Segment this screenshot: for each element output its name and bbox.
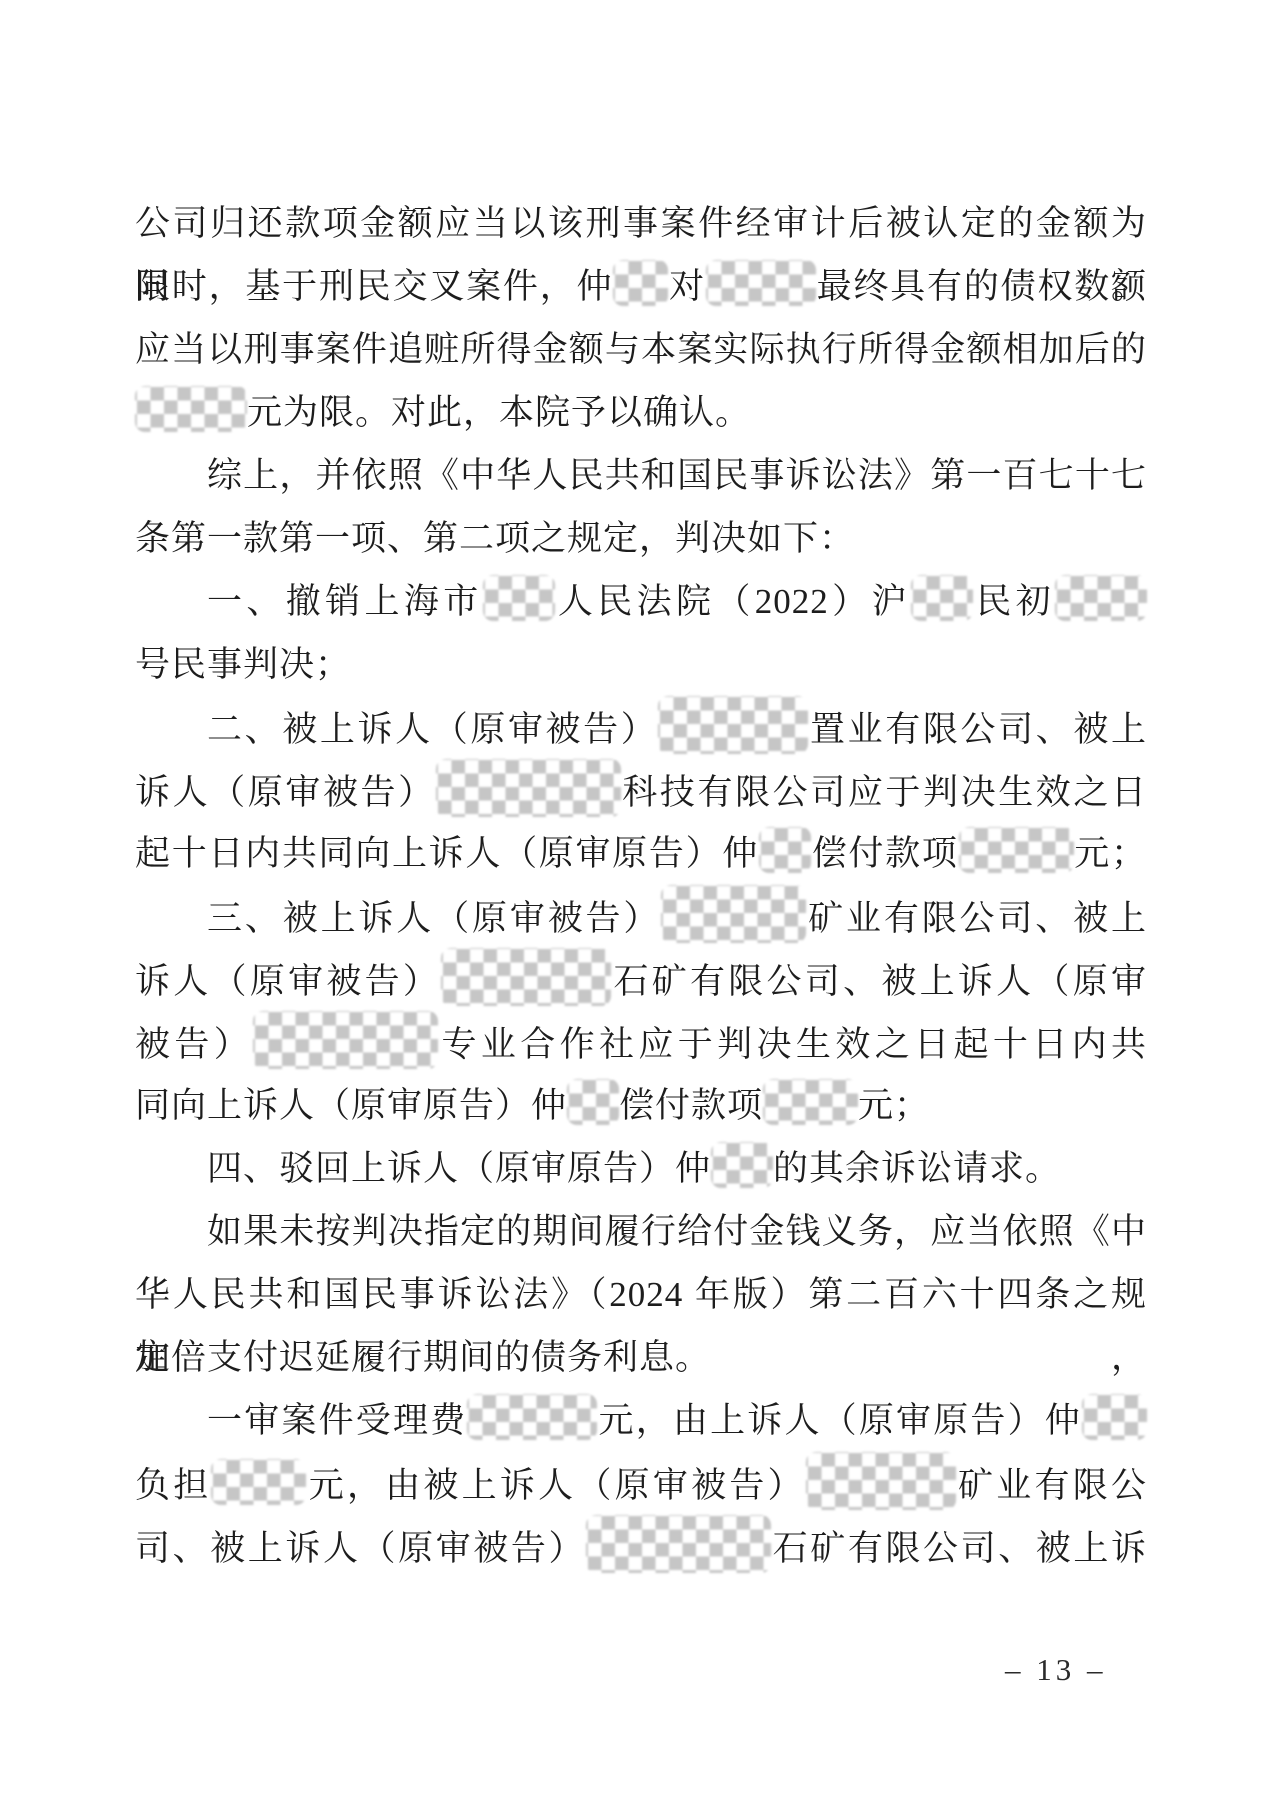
text-line: 条第一款第一项、第二项之规定，判决如下： — [135, 507, 1147, 570]
text-run: 如果未按判决指定的期间履行给付金钱义务，应当依照《中 — [207, 1212, 1147, 1251]
text-line: 一审案件受理费元，由上诉人（原审原告）仲 — [135, 1389, 1147, 1452]
text-line: 元为限。对此，本院予以确认。 — [135, 381, 1147, 444]
text-line: 同向上诉人（原审原告）仲偿付款项元； — [135, 1074, 1147, 1137]
judgment-scan-page: 公司归还款项金额应当以该刑事案件经审计后被认定的金额为限。同时，基于刑民交叉案件… — [0, 0, 1280, 1810]
redaction-patch — [483, 575, 555, 621]
text-run: 应当以刑事案件追赃所得金额与本案实际执行所得金额相加后的 — [135, 330, 1147, 369]
text-run: 起十日内共同向上诉人（原审原告）仲 — [135, 834, 759, 873]
text-line: 起十日内共同向上诉人（原审原告）仲偿付款项元； — [135, 822, 1147, 885]
text-run: 矿业有限公 — [956, 1466, 1147, 1505]
text-run: 石矿有限公司、被上诉人（原审 — [611, 962, 1147, 1001]
text-run: 一、撤销上海市 — [207, 582, 483, 621]
text-line: 一、撤销上海市人民法院（2022）沪民初 — [135, 570, 1147, 633]
redaction-patch — [135, 386, 247, 432]
text-run: 号民事判决； — [135, 645, 351, 684]
page-number: – 13 – — [1005, 1652, 1107, 1688]
text-line: 三、被上诉人（原审被告）矿业有限公司、被上 — [135, 885, 1147, 948]
redaction-patch — [763, 1079, 858, 1125]
text-run: 二、被上诉人（原审被告） — [207, 710, 658, 749]
text-line: 二、被上诉人（原审被告）置业有限公司、被上 — [135, 696, 1147, 759]
text-run: 诉人（原审被告） — [135, 962, 441, 1001]
text-line: 综上，并依照《中华人民共和国民事诉讼法》第一百七十七 — [135, 444, 1147, 507]
text-line: 司、被上诉人（原审被告）石矿有限公司、被上诉 — [135, 1515, 1147, 1578]
redaction-patch — [661, 885, 806, 943]
text-line: 负担元，由被上诉人（原审被告）矿业有限公 — [135, 1452, 1147, 1515]
redaction-patch — [1082, 1394, 1147, 1440]
text-run: 负担 — [135, 1466, 211, 1505]
text-run: 同向上诉人（原审原告）仲 — [135, 1086, 567, 1125]
text-run: 偿付款项 — [811, 834, 959, 873]
text-run: 最终具有的债权数额 — [816, 267, 1147, 306]
text-run: 石矿有限公司、被上诉 — [771, 1529, 1147, 1568]
text-run: 元为限。对此，本院予以确认。 — [247, 393, 751, 432]
redaction-patch — [567, 1079, 619, 1125]
redaction-patch — [1055, 575, 1147, 621]
text-run: 专业合作社应于判决生效之日起十日内共 — [438, 1025, 1147, 1064]
text-run: 加倍支付迟延履行期间的债务利息。 — [135, 1338, 711, 1377]
text-run: 一审案件受理费 — [207, 1401, 467, 1440]
text-run: 四、驳回上诉人（原审原告）仲 — [207, 1149, 711, 1188]
document-content: 公司归还款项金额应当以该刑事案件经审计后被认定的金额为限。同时，基于刑民交叉案件… — [135, 192, 1147, 1578]
text-run: 元； — [858, 1086, 930, 1125]
text-run: 元； — [1074, 834, 1147, 873]
text-line: 诉人（原审被告）科技有限公司应于判决生效之日 — [135, 759, 1147, 822]
text-line: 同时，基于刑民交叉案件，仲对最终具有的债权数额 — [135, 255, 1147, 318]
redaction-patch — [706, 260, 816, 306]
text-line: 被告）专业合作社应于判决生效之日起十日内共 — [135, 1011, 1147, 1074]
redaction-patch — [613, 260, 668, 306]
text-run: 偿付款项 — [619, 1086, 763, 1125]
redaction-patch — [436, 759, 621, 817]
text-line: 如果未按判决指定的期间履行给付金钱义务，应当依照《中 — [135, 1200, 1147, 1263]
text-line: 四、驳回上诉人（原审原告）仲的其余诉讼请求。 — [135, 1137, 1147, 1200]
redaction-patch — [911, 575, 973, 621]
text-run: 置业有限公司、被上 — [808, 710, 1147, 749]
redaction-patch — [467, 1394, 597, 1440]
text-run: 科技有限公司应于判决生效之日 — [621, 773, 1147, 812]
text-run: 条第一款第一项、第二项之规定，判决如下： — [135, 519, 855, 558]
redaction-patch — [586, 1515, 771, 1573]
text-run: 司、被上诉人（原审被告） — [135, 1529, 586, 1568]
redaction-patch — [211, 1459, 306, 1505]
text-line: 华人民共和国民事诉讼法》（2024 年版）第二百六十四条之规定， — [135, 1263, 1147, 1326]
text-run: 元，由上诉人（原审原告）仲 — [597, 1401, 1082, 1440]
text-line: 应当以刑事案件追赃所得金额与本案实际执行所得金额相加后的 — [135, 318, 1147, 381]
redaction-patch — [759, 827, 811, 873]
text-run: 被告） — [135, 1025, 253, 1064]
redaction-patch — [441, 948, 611, 1006]
redaction-patch — [658, 696, 808, 754]
text-line: 公司归还款项金额应当以该刑事案件经审计后被认定的金额为限。 — [135, 192, 1147, 255]
text-line: 号民事判决； — [135, 633, 1147, 696]
redaction-patch — [711, 1142, 773, 1188]
redaction-patch — [253, 1011, 438, 1069]
redaction-patch — [806, 1452, 956, 1510]
text-run: 民初 — [973, 582, 1055, 621]
text-run: 对 — [668, 267, 706, 306]
text-run: 综上，并依照《中华人民共和国民事诉讼法》第一百七十七 — [207, 456, 1147, 495]
text-line: 诉人（原审被告）石矿有限公司、被上诉人（原审 — [135, 948, 1147, 1011]
text-run: 诉人（原审被告） — [135, 773, 436, 812]
text-run: 同时，基于刑民交叉案件，仲 — [135, 267, 613, 306]
text-run: 矿业有限公司、被上 — [806, 899, 1147, 938]
redaction-patch — [959, 827, 1074, 873]
text-run: 的其余诉讼请求。 — [773, 1149, 1061, 1188]
text-run: 三、被上诉人（原审被告） — [207, 899, 661, 938]
text-run: 元，由被上诉人（原审被告） — [306, 1466, 805, 1505]
text-run: 人民法院（2022）沪 — [555, 582, 911, 621]
